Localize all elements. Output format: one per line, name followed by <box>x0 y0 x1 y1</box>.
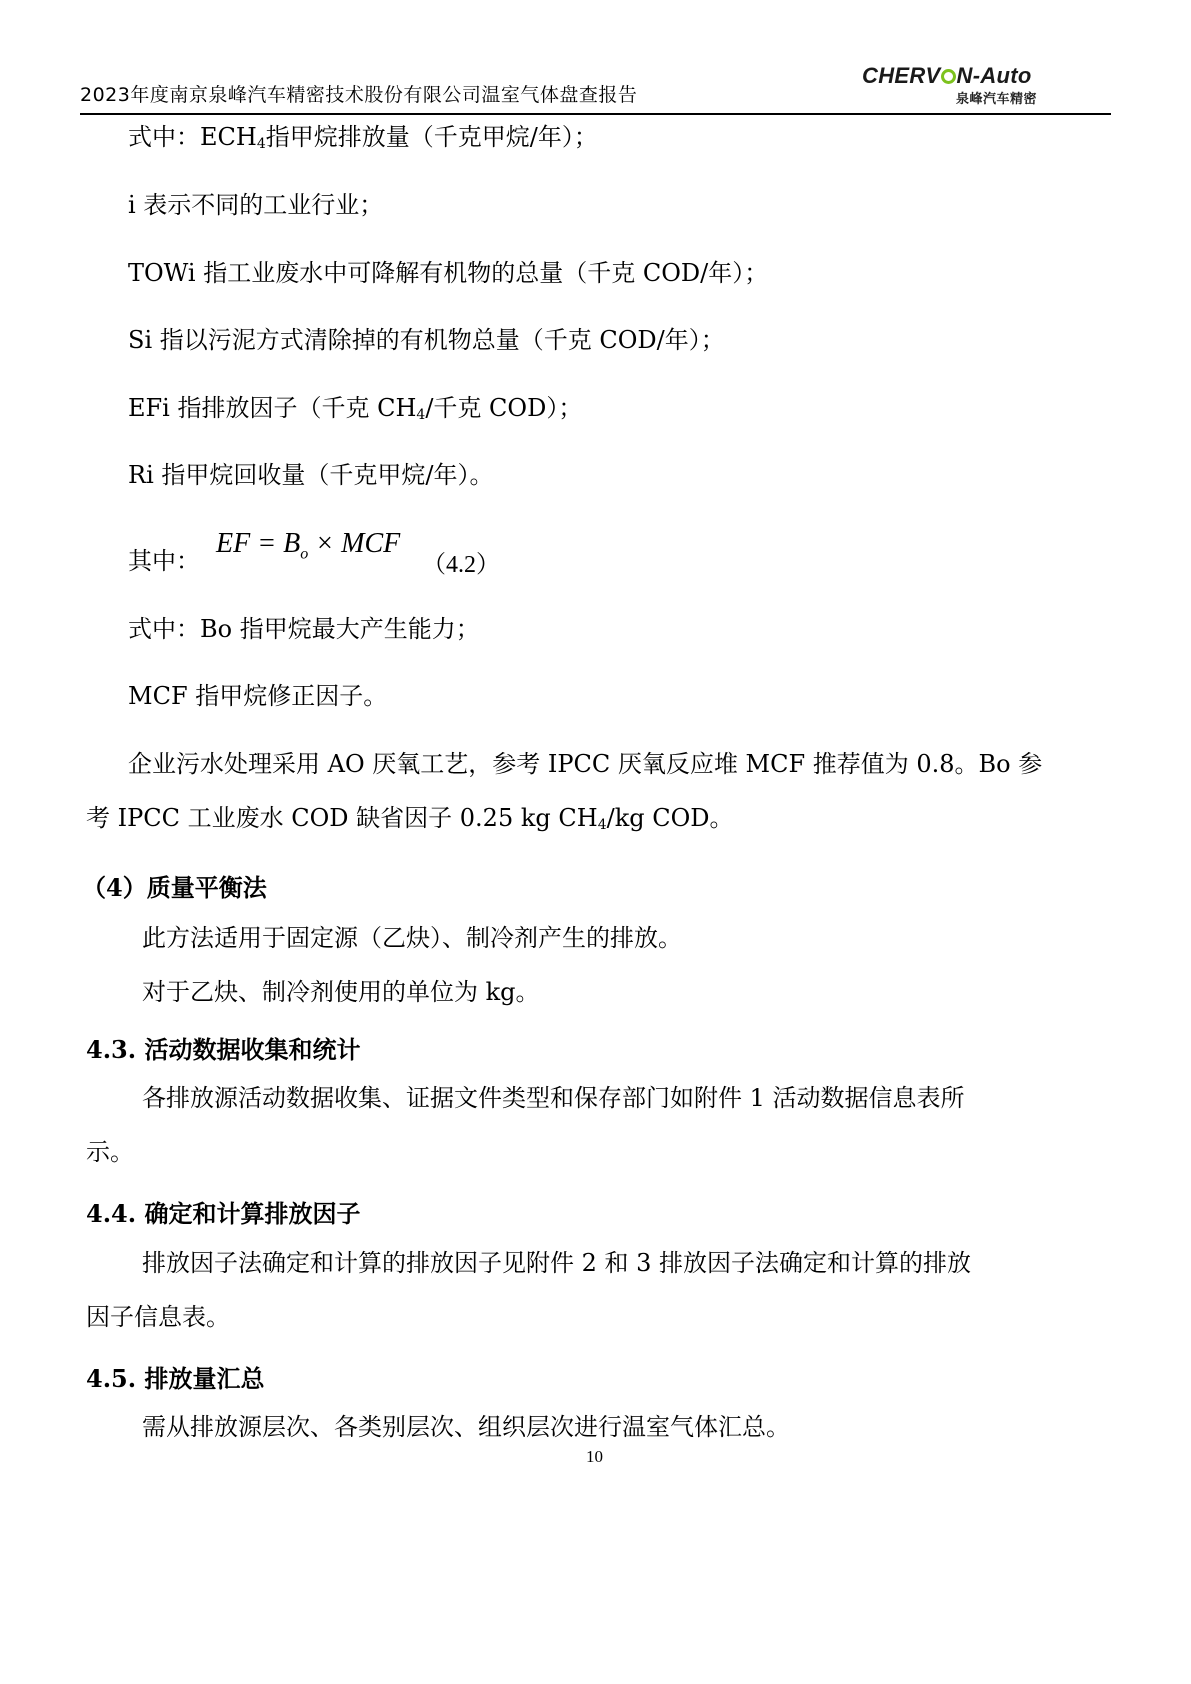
formula-definition: MCF 指甲烷修正因子。 <box>128 681 387 711</box>
logo-brand-pre: CHERV <box>862 63 941 88</box>
formula-definition: 式中：Bo 指甲烷最大产生能力； <box>128 614 480 644</box>
company-logo: CHERVN-Auto 泉峰汽车精密 <box>862 64 1062 108</box>
section-heading-4-4: 4.4. 确定和计算排放因子 <box>86 1194 360 1229</box>
logo-subtitle: 泉峰汽车精密 <box>956 88 1037 107</box>
paragraph-line: 对于乙炔、制冷剂使用的单位为 kg。 <box>142 977 540 1007</box>
paragraph-ao-line1: 企业污水处理采用 AO 厌氧工艺，参考 IPCC 厌氧反应堆 MCF 推荐值为 … <box>128 749 1042 779</box>
paragraph-line: 示。 <box>86 1137 134 1167</box>
report-header-title: 2023年度南京泉峰汽车精密技术股份有限公司温室气体盘查报告 <box>80 80 637 107</box>
logo-brand-post: N-Auto <box>957 63 1032 88</box>
paragraph-ao-line2: 考 IPCC 工业废水 COD 缺省因子 0.25 kg CH4/kg COD。 <box>86 803 734 840</box>
section-heading-mass-balance: （4）质量平衡法 <box>82 868 267 903</box>
paragraph-line: 各排放源活动数据收集、证据文件类型和保存部门如附件 1 活动数据信息表所 <box>142 1083 965 1113</box>
header-divider <box>80 113 1111 115</box>
formula-label: 其中： <box>128 546 200 576</box>
paragraph-line: 此方法适用于固定源（乙炔）、制冷剂产生的排放。 <box>142 923 682 953</box>
definition-line: i 表示不同的工业行业； <box>128 190 383 220</box>
definition-line: TOWi 指工业废水中可降解有机物的总量（千克 COD/年）； <box>128 258 768 288</box>
paragraph-line: 排放因子法确定和计算的排放因子见附件 2 和 3 排放因子法确定和计算的排放 <box>142 1248 971 1278</box>
section-heading-4-3: 4.3. 活动数据收集和统计 <box>86 1030 360 1065</box>
definition-line: 式中：ECH4指甲烷排放量（千克甲烷/年）； <box>128 122 598 159</box>
page-number: 10 <box>586 1447 603 1467</box>
paragraph-line: 因子信息表。 <box>86 1302 230 1332</box>
section-heading-4-5: 4.5. 排放量汇总 <box>86 1359 264 1394</box>
logo-wordmark: CHERVN-Auto <box>862 64 1062 88</box>
definition-line: Si 指以污泥方式清除掉的有机物总量（千克 COD/年）； <box>128 325 725 355</box>
logo-green-o-icon <box>941 69 956 84</box>
definition-line: Ri 指甲烷回收量（千克甲烷/年）。 <box>128 460 493 490</box>
paragraph-line: 需从排放源层次、各类别层次、组织层次进行温室气体汇总。 <box>142 1412 790 1442</box>
equation-number: （4.2） <box>422 544 500 579</box>
formula-ef: EF = Bo × MCF <box>216 528 400 564</box>
definition-line: EFi 指排放因子（千克 CH4/千克 COD）； <box>128 393 582 430</box>
